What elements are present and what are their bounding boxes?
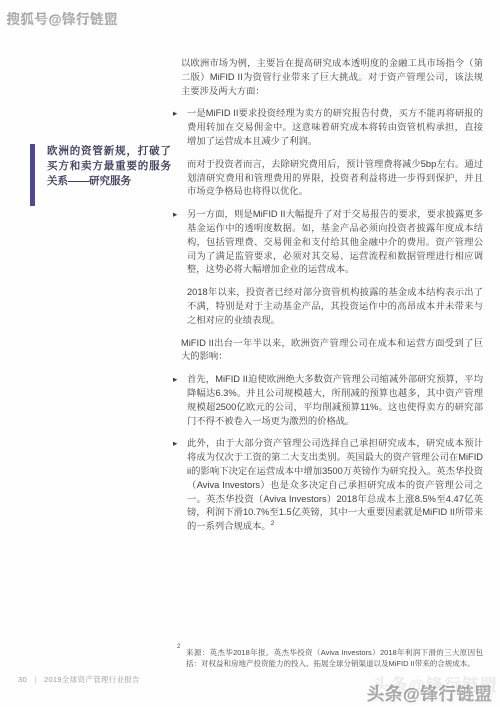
bullet-icon: ▸ bbox=[173, 373, 177, 387]
footnote: 2 来源：英杰华2018年报。英杰华投资（Aviva Investors）201… bbox=[177, 647, 483, 669]
watermark-bottom-right: 头条@锋行链盟 bbox=[367, 680, 493, 705]
watermark-top-left: 搜狐号@锋行链盟 bbox=[7, 9, 119, 28]
bullet-icon: ▸ bbox=[173, 437, 177, 451]
footnote-reference: 2 bbox=[271, 520, 275, 527]
bullet-3-paragraph: 首先，MiFID II迫使欧洲绝大多数资产管理公司缩减外部研究预算，平均降幅达6… bbox=[187, 373, 483, 428]
bullet-item-1: ▸ 一是MiFID II要求投资经理为卖方的研究报告付费，买方不能再将研报的费用… bbox=[181, 107, 483, 199]
footnote-text: 来源：英杰华2018年报。英杰华投资（Aviva Investors）2018年… bbox=[186, 648, 483, 668]
report-page: 搜狐号@锋行链盟 欧洲的资管新规，打破了买方和卖方最重要的服务关系——研究服务 … bbox=[0, 0, 500, 707]
main-content: 以欧洲市场为例，主要旨在提高研究成本透明度的金融工具市场指令（第二版）MiFID… bbox=[181, 57, 483, 543]
bullet-2-paragraph-2: 2018年以来，投资者已经对部分资管机构披露的基金成本结构表示出了不满，特别是对… bbox=[187, 286, 483, 327]
page-footer: 30 | 2019全球资产管理行业报告 bbox=[18, 674, 140, 685]
bullet-icon: ▸ bbox=[173, 107, 177, 121]
bullet-1-paragraph-2: 而对于投资者而言，去除研究费用后，预计管理费将减少5bp左右。通过划清研究费用和… bbox=[187, 158, 483, 199]
page-number: 30 bbox=[18, 675, 27, 684]
bullet-1-paragraph-1: 一是MiFID II要求投资经理为卖方的研究报告付费，买方不能再将研报的费用转加… bbox=[187, 107, 483, 148]
bullet-2-paragraph-1: 另一方面，则是MiFID II大幅提升了对于交易报告的要求，要求披露更多基金运作… bbox=[187, 208, 483, 277]
bullet-icon: ▸ bbox=[173, 208, 177, 222]
bullet-item-2: ▸ 另一方面，则是MiFID II大幅提升了对于交易报告的要求，要求披露更多基金… bbox=[181, 208, 483, 327]
bullet-4-paragraph: 此外，由于大部分资产管理公司选择自己承担研究成本，研究成本预计将成为仅次于工资的… bbox=[187, 437, 483, 534]
bullet-4-text: 此外，由于大部分资产管理公司选择自己承担研究成本，研究成本预计将成为仅次于工资的… bbox=[187, 438, 483, 531]
callout-accent-bar bbox=[30, 144, 35, 206]
sidebar-callout-text: 欧洲的资管新规，打破了买方和卖方最重要的服务关系——研究服务 bbox=[47, 144, 171, 190]
intro-paragraph: 以欧洲市场为例，主要旨在提高研究成本透明度的金融工具市场指令（第二版）MiFID… bbox=[181, 57, 483, 98]
bullet-item-3: ▸ 首先，MiFID II迫使欧洲绝大多数资产管理公司缩减外部研究预算，平均降幅… bbox=[181, 373, 483, 428]
bullet-item-4: ▸ 此外，由于大部分资产管理公司选择自己承担研究成本，研究成本预计将成为仅次于工… bbox=[181, 437, 483, 534]
footer-separator: | bbox=[34, 675, 36, 684]
impact-intro-paragraph: MiFID II出台一年半以来，欧洲资产管理公司在成本和运营方面受到了巨大的影响… bbox=[181, 337, 483, 365]
report-title: 2019全球资产管理行业报告 bbox=[44, 675, 140, 684]
